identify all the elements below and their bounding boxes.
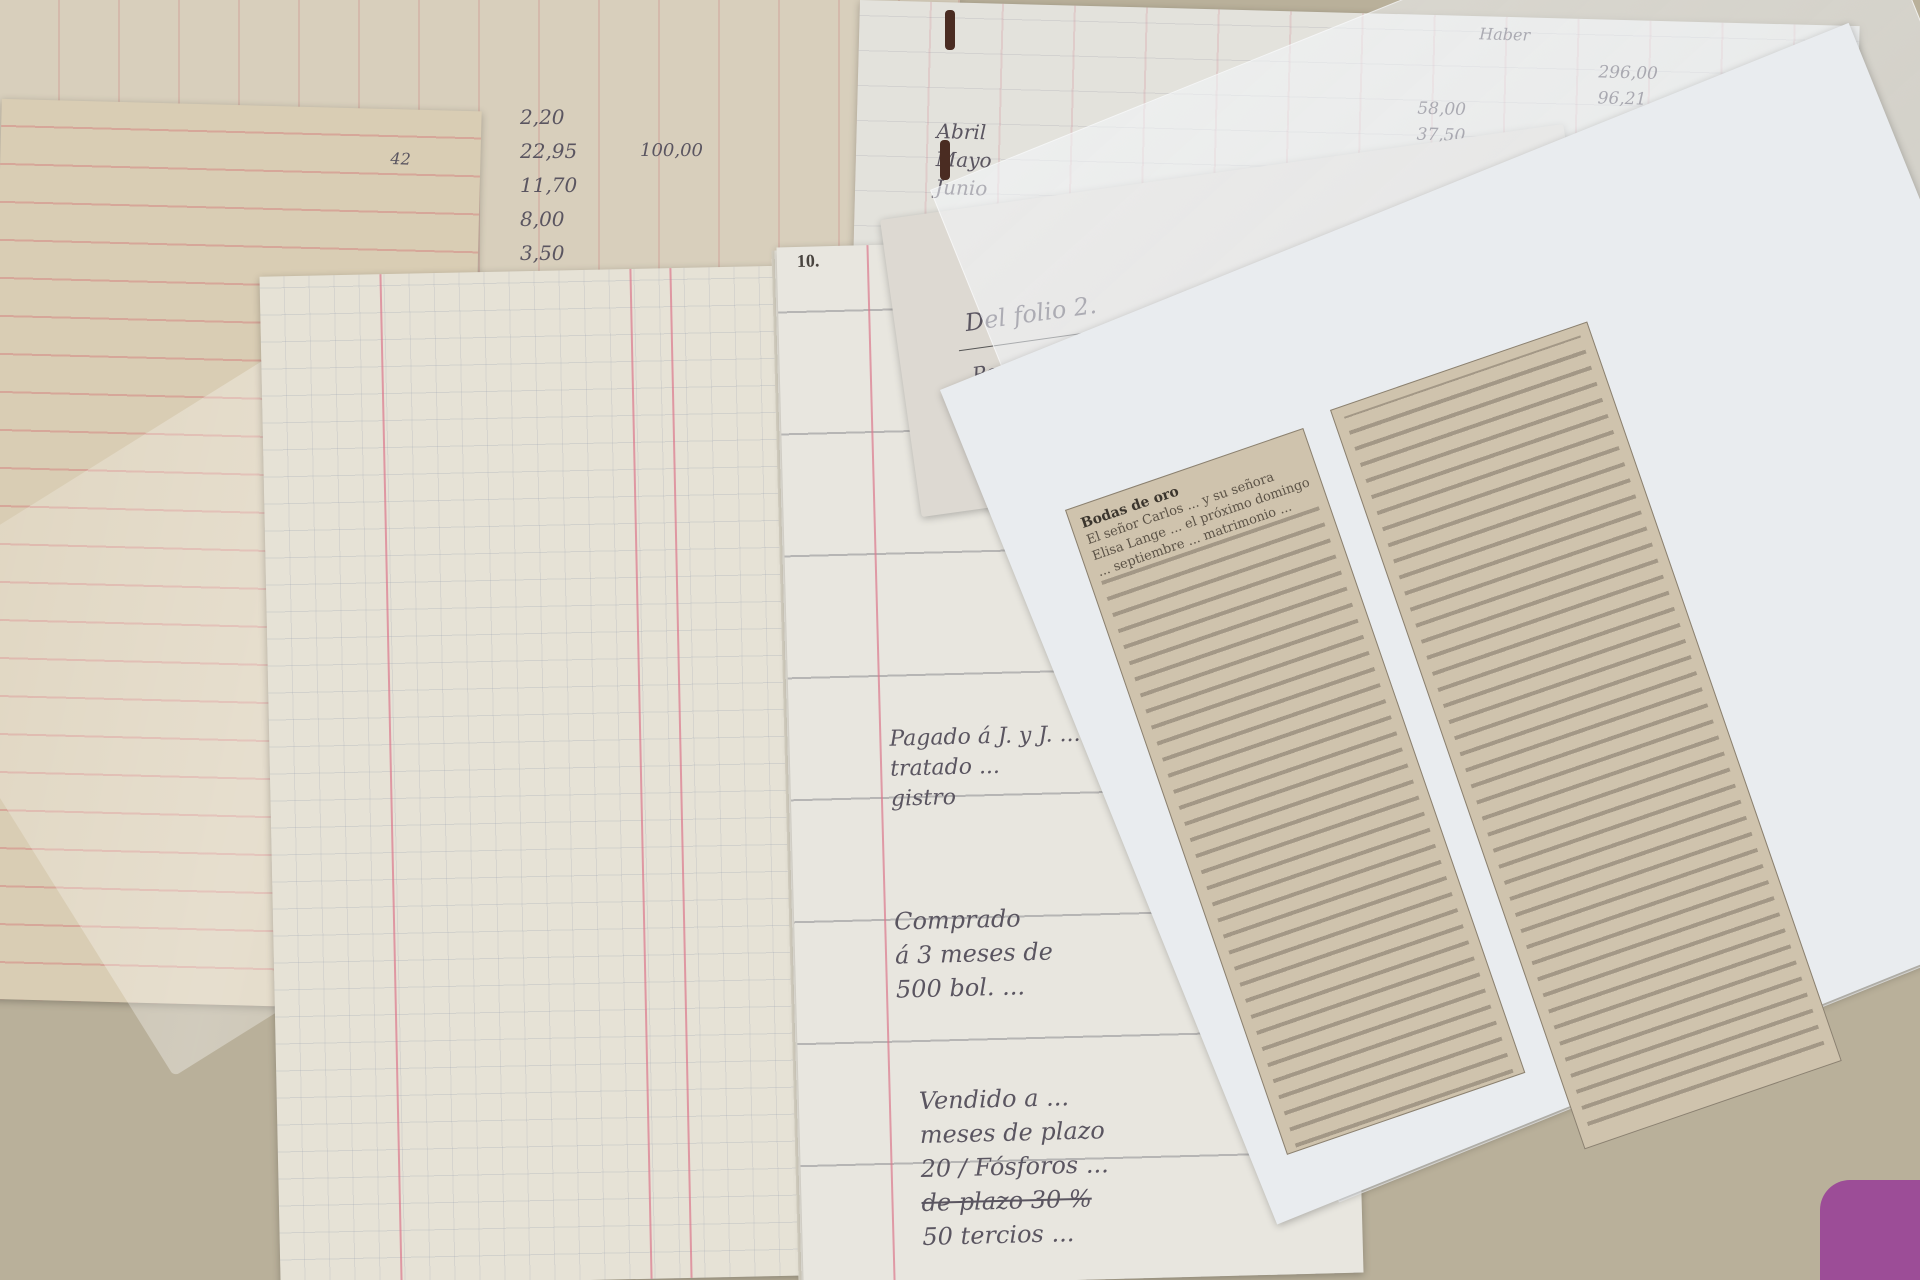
ledger-amount: 22,95 bbox=[520, 134, 577, 168]
ledger-amount: 2,20 bbox=[520, 100, 577, 134]
handwritten-line: 20 / Fósforos ... bbox=[920, 1147, 1109, 1186]
handwritten-line: de plazo 30 % bbox=[921, 1181, 1110, 1220]
handwritten-line: gistro bbox=[891, 780, 1083, 815]
purple-cloth bbox=[1820, 1180, 1920, 1280]
handwritten-line: meses de plazo bbox=[919, 1113, 1108, 1152]
margin-rule bbox=[379, 274, 402, 1280]
ledger-amount: 8,00 bbox=[520, 202, 577, 236]
ledger-amount: 3,50 bbox=[520, 236, 577, 270]
handwritten-line: Pagado á J. y J. ... bbox=[889, 720, 1081, 755]
ledger-amount: 11,70 bbox=[520, 168, 577, 202]
handwritten-line: á 3 meses de bbox=[895, 935, 1054, 973]
stack-handwriting-middle: Comprado á 3 meses de 500 bol. ... bbox=[894, 901, 1054, 1007]
handwritten-line: 500 bol. ... bbox=[896, 969, 1055, 1007]
stack-handwriting-upper: Pagado á J. y J. ... tratado ... gistro bbox=[889, 720, 1082, 815]
margin-rule bbox=[669, 268, 692, 1278]
ledger-amount-column: 2,20 22,95 11,70 8,00 3,50 bbox=[520, 100, 577, 270]
margin-rule bbox=[629, 269, 652, 1279]
handwritten-line: 50 tercios ... bbox=[922, 1215, 1111, 1254]
handwritten-line: Comprado bbox=[894, 901, 1053, 939]
handwritten-line: Vendido a ... bbox=[918, 1079, 1107, 1118]
stack-handwriting-lower: Vendido a ... meses de plazo 20 / Fósfor… bbox=[918, 1079, 1110, 1254]
page-number: 10. bbox=[797, 250, 820, 272]
ledger-amount: 100,00 bbox=[640, 140, 703, 161]
binder-ring-icon bbox=[940, 140, 950, 180]
page-number: 42 bbox=[390, 149, 411, 169]
binder-ring-icon bbox=[945, 10, 955, 50]
